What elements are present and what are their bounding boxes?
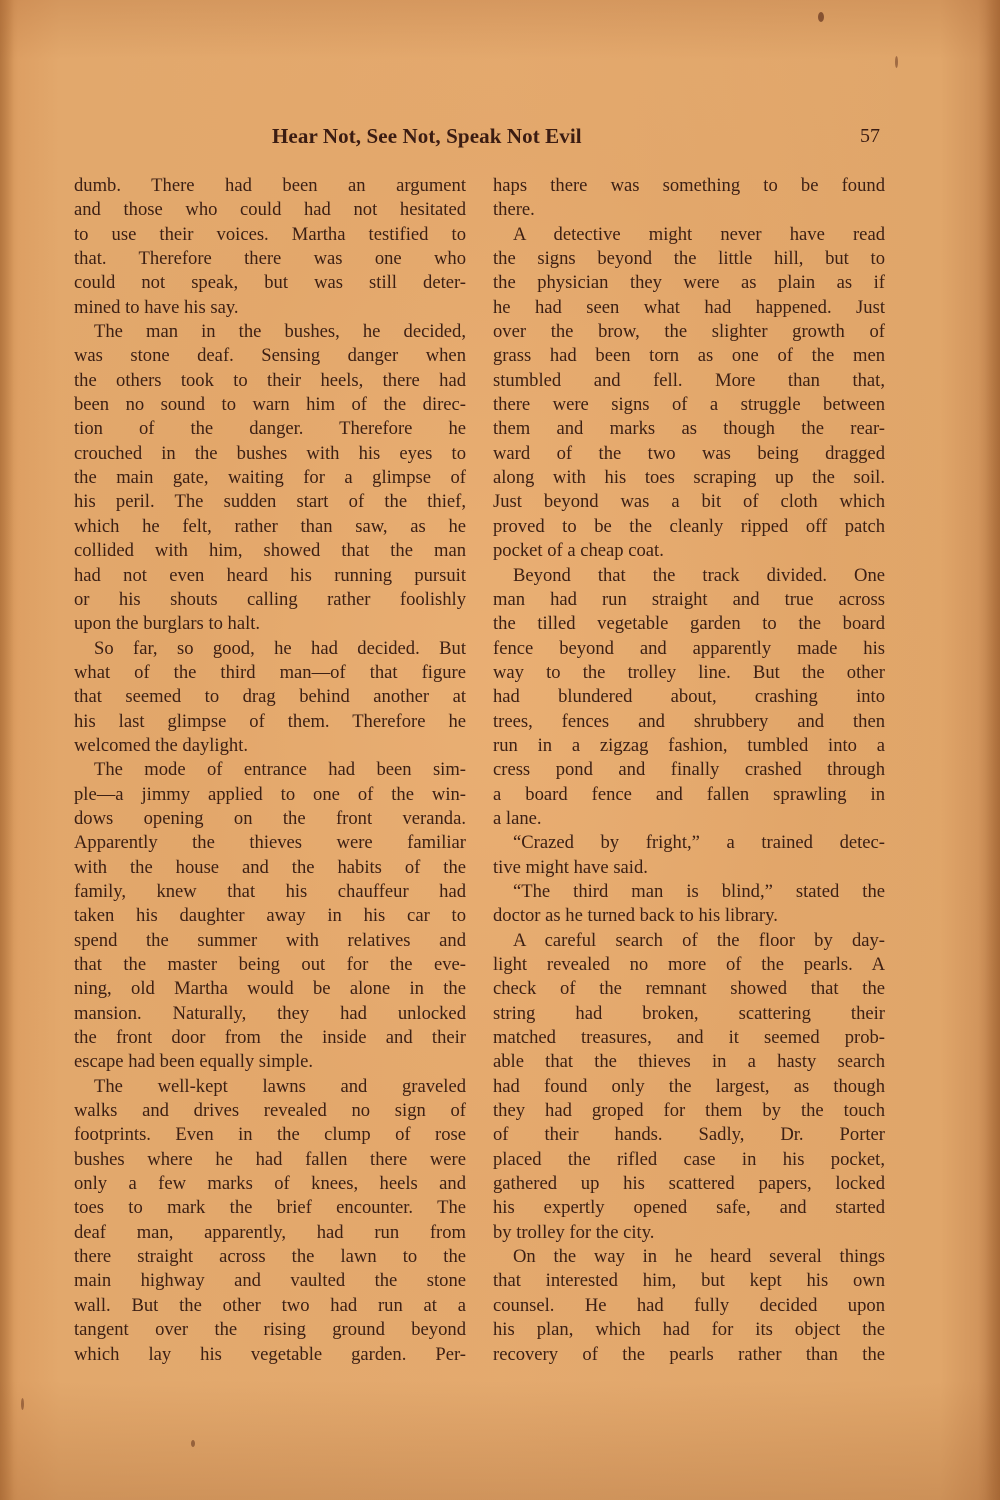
- text-line: spend the summer with relatives and: [74, 929, 466, 953]
- text-line: light revealed no more of the pearls. A: [493, 953, 885, 977]
- paragraph-start-line: A detective might never have read: [493, 223, 885, 247]
- paragraph-start-line: “Crazed by fright,” a trained detec-: [493, 831, 885, 855]
- text-line: dows opening on the front veranda.: [74, 807, 466, 831]
- text-line: escape had been equally simple.: [74, 1050, 466, 1074]
- text-line: placed the rifled case in his pocket,: [493, 1148, 885, 1172]
- text-line: crouched in the bushes with his eyes to: [74, 442, 466, 466]
- ink-speck: [21, 1398, 24, 1410]
- text-line: to use their voices. Martha testified to: [74, 223, 466, 247]
- text-line: his peril. The sudden start of the thief…: [74, 490, 466, 514]
- text-line: doctor as he turned back to his library.: [493, 904, 885, 928]
- text-line: they had groped for them by the touch: [493, 1099, 885, 1123]
- text-line: which he felt, rather than saw, as he: [74, 515, 466, 539]
- text-line: trees, fences and shrubbery and then: [493, 710, 885, 734]
- text-line: of their hands. Sadly, Dr. Porter: [493, 1123, 885, 1147]
- text-line: the front door from the inside and their: [74, 1026, 466, 1050]
- ink-speck: [191, 1440, 195, 1447]
- text-line: the signs beyond the little hill, but to: [493, 247, 885, 271]
- text-line: his expertly opened safe, and started: [493, 1196, 885, 1220]
- paragraph-start-line: The mode of entrance had been sim-: [74, 758, 466, 782]
- text-line: had not even heard his running pursuit: [74, 564, 466, 588]
- paragraph-start-line: The man in the bushes, he decided,: [74, 320, 466, 344]
- text-line: main highway and vaulted the stone: [74, 1269, 466, 1293]
- text-line: the others took to their heels, there ha…: [74, 369, 466, 393]
- text-line: there were signs of a struggle between: [493, 393, 885, 417]
- text-line: only a few marks of knees, heels and: [74, 1172, 466, 1196]
- text-line: that interested him, but kept his own: [493, 1269, 885, 1293]
- text-line: had found only the largest, as though: [493, 1075, 885, 1099]
- text-line: his last glimpse of them. Therefore he: [74, 710, 466, 734]
- text-line: been no sound to warn him of the direc-: [74, 393, 466, 417]
- text-line: and those who could had not hesitated: [74, 198, 466, 222]
- text-line: the physician they were as plain as if: [493, 271, 885, 295]
- paragraph-start-line: On the way in he heard several things: [493, 1245, 885, 1269]
- text-line: recovery of the pearls rather than the: [493, 1343, 885, 1367]
- text-line: was stone deaf. Sensing danger when: [74, 344, 466, 368]
- text-line: by trolley for the city.: [493, 1221, 885, 1245]
- text-line: that seemed to drag behind another at: [74, 685, 466, 709]
- text-line: check of the remnant showed that the: [493, 977, 885, 1001]
- text-line: there.: [493, 198, 885, 222]
- text-line: deaf man, apparently, had run from: [74, 1221, 466, 1245]
- text-line: taken his daughter away in his car to: [74, 904, 466, 928]
- text-line: that. Therefore there was one who: [74, 247, 466, 271]
- text-line: Just beyond was a bit of cloth which: [493, 490, 885, 514]
- text-line: his plan, which had for its object the: [493, 1318, 885, 1342]
- text-line: a lane.: [493, 807, 885, 831]
- text-line: had blundered about, crashing into: [493, 685, 885, 709]
- text-line: man had run straight and true across: [493, 588, 885, 612]
- text-line: upon the burglars to halt.: [74, 612, 466, 636]
- text-line: could not speak, but was still deter-: [74, 271, 466, 295]
- text-line: what of the third man—of that figure: [74, 661, 466, 685]
- text-line: family, knew that his chauffeur had: [74, 880, 466, 904]
- text-line: footprints. Even in the clump of rose: [74, 1123, 466, 1147]
- text-line: mansion. Naturally, they had unlocked: [74, 1002, 466, 1026]
- ink-speck: [895, 56, 898, 68]
- text-line: welcomed the daylight.: [74, 734, 466, 758]
- paragraph-start-line: The well-kept lawns and graveled: [74, 1075, 466, 1099]
- paragraph-start-line: “The third man is blind,” stated the: [493, 880, 885, 904]
- text-line: pocket of a cheap coat.: [493, 539, 885, 563]
- text-line: ward of the two was being dragged: [493, 442, 885, 466]
- paragraph-start-line: So far, so good, he had decided. But: [74, 637, 466, 661]
- text-line: mined to have his say.: [74, 296, 466, 320]
- text-line: with the house and the habits of the: [74, 856, 466, 880]
- page-number: 57: [860, 125, 880, 148]
- text-line: Apparently the thieves were familiar: [74, 831, 466, 855]
- right-column: haps there was something to be found the…: [493, 174, 885, 1367]
- text-line: collided with him, showed that the man: [74, 539, 466, 563]
- text-line: walks and drives revealed no sign of: [74, 1099, 466, 1123]
- text-line: proved to be the cleanly ripped off patc…: [493, 515, 885, 539]
- text-line: fence beyond and apparently made his: [493, 637, 885, 661]
- text-line: or his shouts calling rather foolishly: [74, 588, 466, 612]
- text-line: counsel. He had fully decided upon: [493, 1294, 885, 1318]
- text-line: there straight across the lawn to the: [74, 1245, 466, 1269]
- text-line: them and marks as though the rear-: [493, 417, 885, 441]
- running-head: Hear Not, See Not, Speak Not Evil 57: [270, 124, 880, 152]
- text-line: toes to mark the brief encounter. The: [74, 1196, 466, 1220]
- text-line: tangent over the rising ground beyond: [74, 1318, 466, 1342]
- text-line: the main gate, waiting for a glimpse of: [74, 466, 466, 490]
- text-line: a board fence and fallen sprawling in: [493, 783, 885, 807]
- text-line: bushes where he had fallen there were: [74, 1148, 466, 1172]
- text-line: tion of the danger. Therefore he: [74, 417, 466, 441]
- text-line: that the master being out for the eve-: [74, 953, 466, 977]
- text-line: ple—a jimmy applied to one of the win-: [74, 783, 466, 807]
- text-line: ning, old Martha would be alone in the: [74, 977, 466, 1001]
- text-line: wall. But the other two had run at a: [74, 1294, 466, 1318]
- text-line: matched treasures, and it seemed prob-: [493, 1026, 885, 1050]
- text-line: stumbled and fell. More than that,: [493, 369, 885, 393]
- left-column: dumb. There had been an argument and tho…: [74, 174, 466, 1367]
- paragraph-start-line: A careful search of the floor by day-: [493, 929, 885, 953]
- text-line: which lay his vegetable garden. Per-: [74, 1343, 466, 1367]
- paragraph-start-line: Beyond that the track divided. One: [493, 564, 885, 588]
- text-line: tive might have said.: [493, 856, 885, 880]
- text-line: cress pond and finally crashed through: [493, 758, 885, 782]
- text-line: dumb. There had been an argument: [74, 174, 466, 198]
- ink-speck: [818, 12, 824, 22]
- text-line: the tilled vegetable garden to the board: [493, 612, 885, 636]
- text-line: run in a zigzag fashion, tumbled into a: [493, 734, 885, 758]
- text-line: over the brow, the slighter growth of: [493, 320, 885, 344]
- text-line: string had broken, scattering their: [493, 1002, 885, 1026]
- text-line: gathered up his scattered papers, locked: [493, 1172, 885, 1196]
- text-line: haps there was something to be found: [493, 174, 885, 198]
- text-line: way to the trolley line. But the other: [493, 661, 885, 685]
- text-line: able that the thieves in a hasty search: [493, 1050, 885, 1074]
- text-line: he had seen what had happened. Just: [493, 296, 885, 320]
- text-line: grass had been torn as one of the men: [493, 344, 885, 368]
- running-title: Hear Not, See Not, Speak Not Evil: [272, 124, 582, 149]
- text-line: along with his toes scraping up the soil…: [493, 466, 885, 490]
